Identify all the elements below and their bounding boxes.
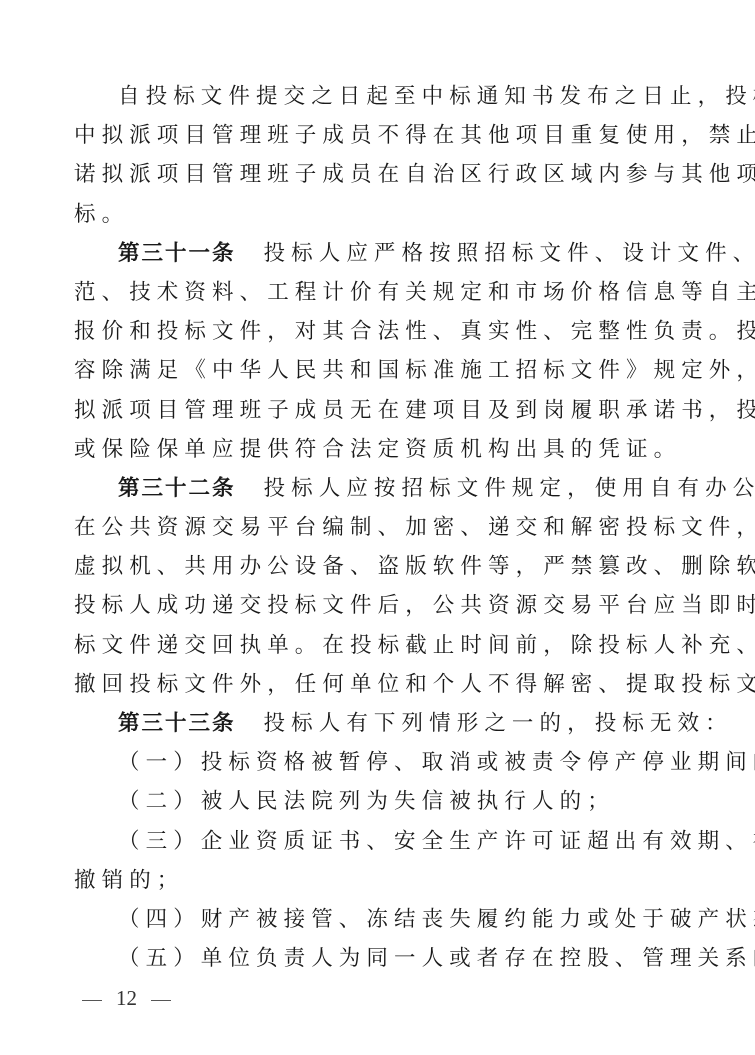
paragraph-line: 投标人成功递交投标文件后，公共资源交易平台应当即时生成投 bbox=[74, 586, 686, 625]
paragraph-text: 投标人应按招标文件规定，使用自有办公设备 bbox=[264, 476, 755, 501]
paragraph-line: 或保险保单应提供符合法定资质机构出具的凭证。 bbox=[74, 430, 686, 469]
list-item-4: （四）财产被接管、冻结丧失履约能力或处于破产状态的； bbox=[74, 900, 686, 939]
list-item-1: （一）投标资格被暂停、取消或被责令停产停业期间的； bbox=[74, 743, 686, 782]
article-heading: 第三十一条 bbox=[118, 241, 236, 266]
paragraph-line: 中拟派项目管理班子成员不得在其他项目重复使用，禁止中标承 bbox=[74, 116, 686, 155]
paragraph-line: 在公共资源交易平台编制、加密、递交和解密投标文件，不得使用 bbox=[74, 508, 686, 547]
list-item-3-continued: 撤销的； bbox=[74, 861, 686, 900]
paragraph-line: 标文件递交回执单。在投标截止时间前，除投标人补充、修改或者 bbox=[74, 626, 686, 665]
paragraph-line: 虚拟机、共用办公设备、盗版软件等，严禁篡改、删除软硬件信息。 bbox=[74, 547, 686, 586]
page-number: 12 bbox=[82, 986, 185, 1011]
paragraph-line: 报价和投标文件，对其合法性、真实性、完整性负责。投标文件内 bbox=[74, 312, 686, 351]
paragraph-line: 撤回投标文件外，任何单位和个人不得解密、提取投标文件。 bbox=[74, 665, 686, 704]
list-item-5: （五）单位负责人为同一人或者存在控股、管理关系的不同单 bbox=[74, 939, 686, 978]
list-item-3: （三）企业资质证书、安全生产许可证超出有效期、被暂扣、被 bbox=[74, 822, 686, 861]
paragraph-line: 自投标文件提交之日起至中标通知书发布之日止，投标文件 bbox=[74, 77, 686, 116]
article-32-first-line: 第三十二条投标人应按招标文件规定，使用自有办公设备 bbox=[74, 469, 686, 508]
paragraph-line: 拟派项目管理班子成员无在建项目及到岗履职承诺书，投标保函 bbox=[74, 391, 686, 430]
paragraph-text: 投标人有下列情形之一的，投标无效： bbox=[264, 711, 733, 736]
page-number-value: 12 bbox=[116, 986, 137, 1010]
paragraph-text: 投标人应严格按照招标文件、设计文件、标准规 bbox=[264, 241, 755, 266]
list-item-2: （二）被人民法院列为失信被执行人的； bbox=[74, 782, 686, 821]
article-heading: 第三十三条 bbox=[118, 711, 236, 736]
paragraph-line: 范、技术资料、工程计价有关规定和市场价格信息等自主编制投标 bbox=[74, 273, 686, 312]
paragraph-line: 标。 bbox=[74, 195, 686, 234]
article-31-first-line: 第三十一条投标人应严格按照招标文件、设计文件、标准规 bbox=[74, 234, 686, 273]
article-33-first-line: 第三十三条投标人有下列情形之一的，投标无效： bbox=[74, 704, 686, 743]
article-heading: 第三十二条 bbox=[118, 476, 236, 501]
paragraph-line: 容除满足《中华人民共和国标准施工招标文件》规定外，还应提供 bbox=[74, 351, 686, 390]
paragraph-line: 诺拟派项目管理班子成员在自治区行政区域内参与其他项目投 bbox=[74, 155, 686, 194]
dash-right bbox=[151, 1000, 171, 1001]
dash-left bbox=[82, 1000, 102, 1001]
document-body: 自投标文件提交之日起至中标通知书发布之日止，投标文件 中拟派项目管理班子成员不得… bbox=[74, 77, 686, 978]
